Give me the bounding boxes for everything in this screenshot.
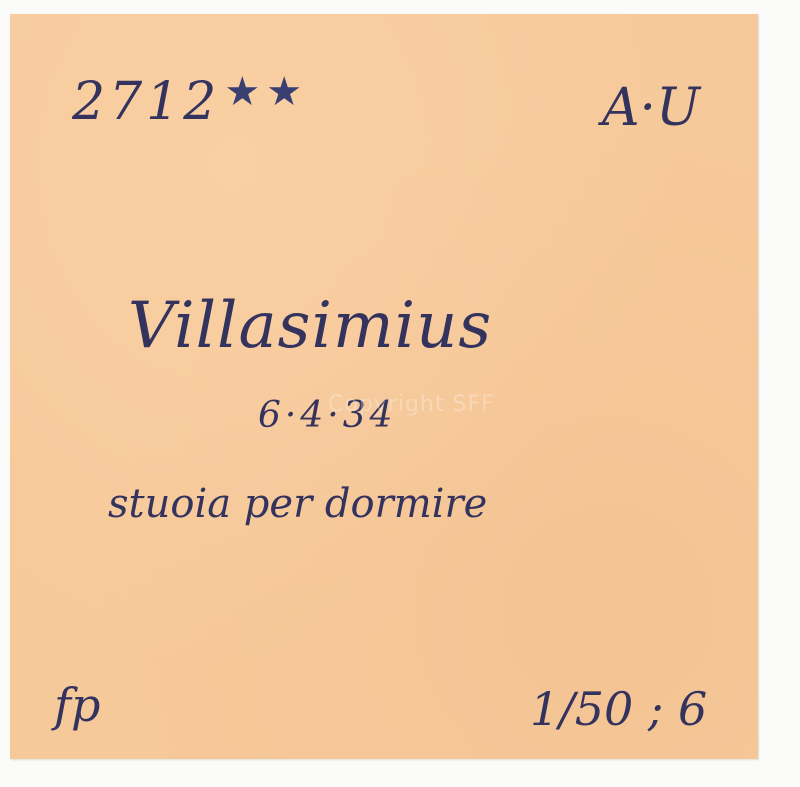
- catalog-number-text: 2712: [72, 72, 220, 132]
- collection-code: A·U: [602, 82, 700, 134]
- copyright-watermark: Copyright SFF: [328, 392, 495, 417]
- reference-number: 1/50 ; 6: [530, 686, 707, 732]
- catalog-number: 2712★★: [72, 76, 308, 128]
- author-initials: fp: [54, 682, 100, 728]
- archival-card: 2712★★ A·U Villasimius 6·4·34 stuoia per…: [10, 14, 758, 759]
- locality-name: Villasimius: [128, 294, 492, 358]
- object-description: stuoia per dormire: [108, 484, 487, 524]
- star-marks-icon: ★★: [224, 69, 308, 115]
